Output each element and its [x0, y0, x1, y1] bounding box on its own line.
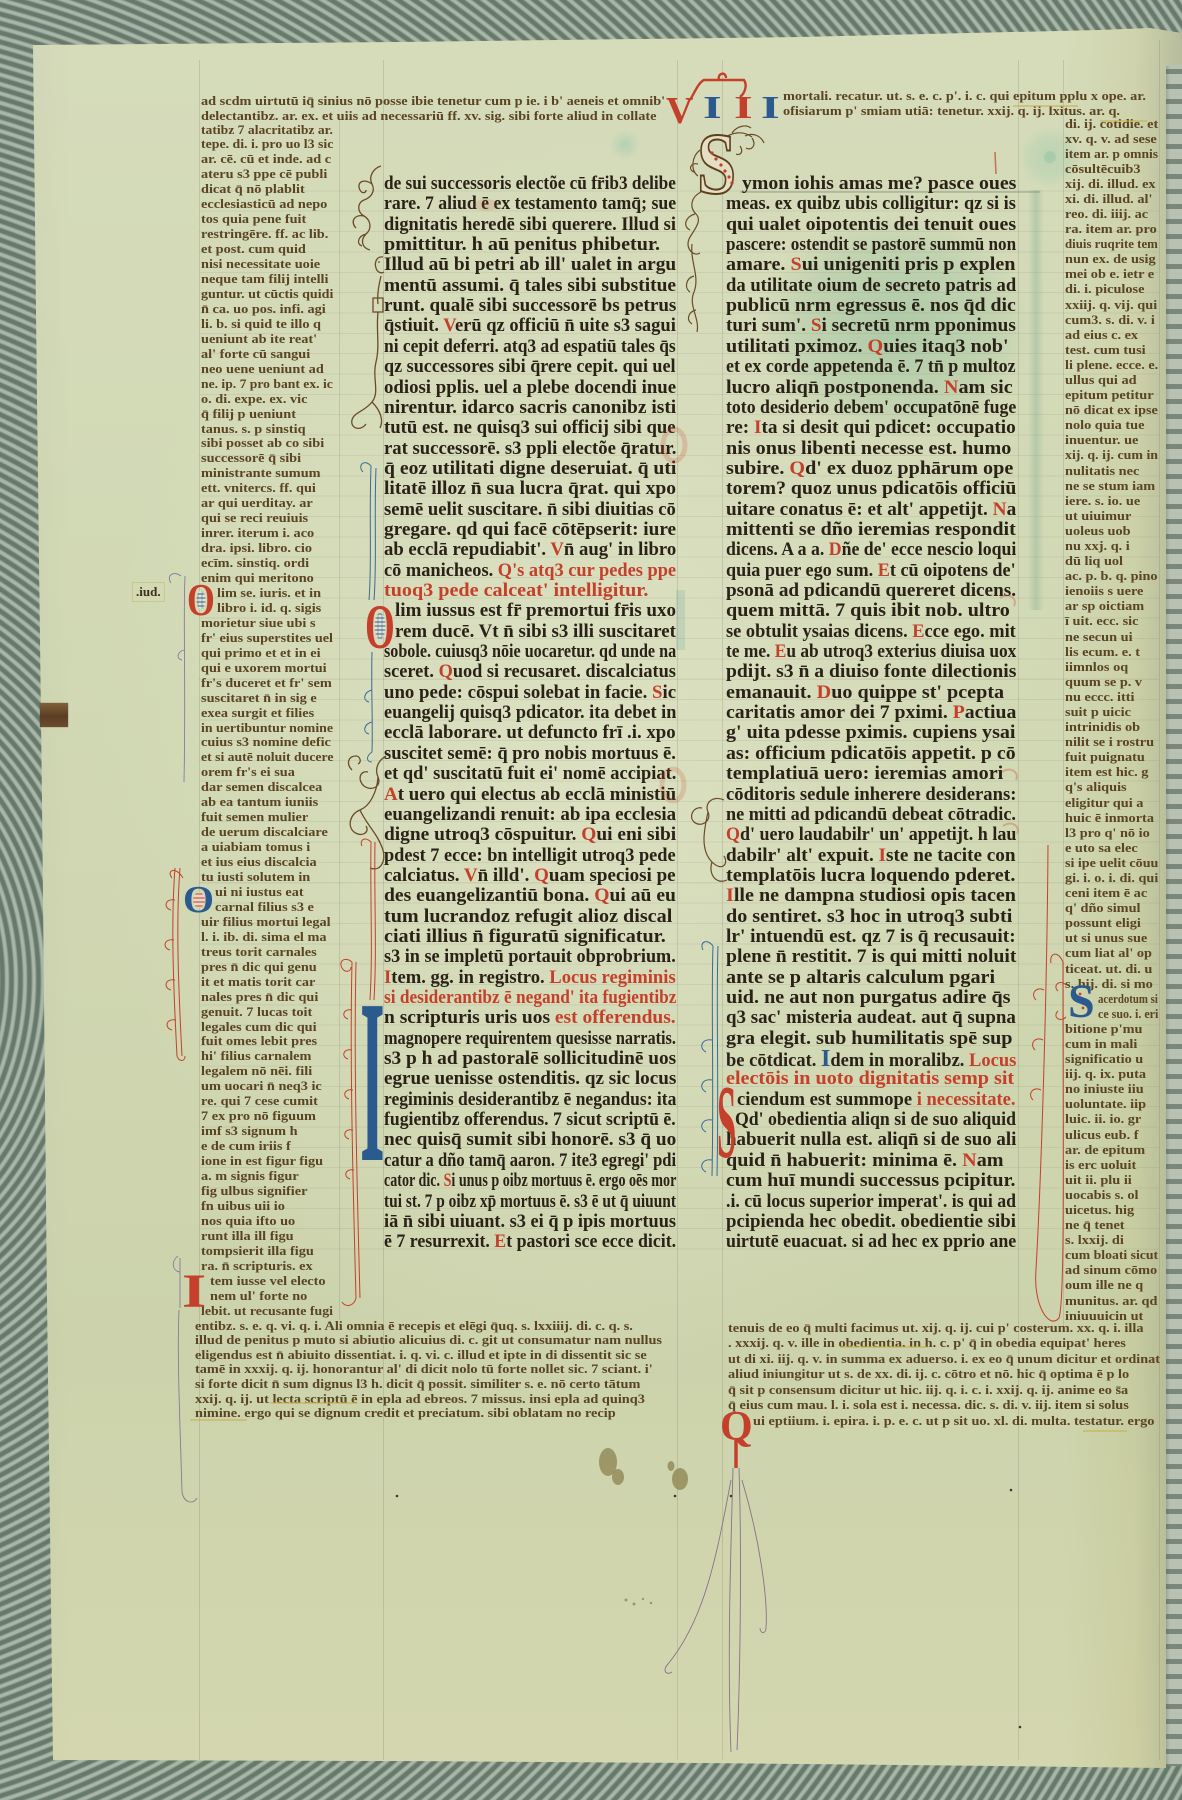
main-text-line: ciendum est summope i necessitate.	[726, 1090, 1016, 1110]
rubric-text: V	[443, 315, 455, 336]
text-segment: cum3. s. di. v. i	[1065, 312, 1155, 327]
main-text-line: quid n̄ habuerit: minima ē. Nam	[726, 1151, 1016, 1171]
text-segment: a uiabiam tomus i	[201, 839, 310, 854]
gloss-line: dra. ipsi. libro. cio	[201, 541, 333, 556]
text-segment: significatio u	[1065, 1051, 1143, 1066]
text-segment: mentū assumi. q̄ tales sibi substitue	[384, 275, 676, 296]
gloss-line: uir filius mortui legal	[201, 915, 333, 930]
text-segment: uno pede: cōspui solebat in facie.	[384, 682, 652, 703]
text-segment: .i. cū locus superior imperat'. is qui a…	[726, 1191, 1016, 1212]
text-segment: nos quia ifto uo	[201, 1213, 295, 1228]
text-segment: mei ob e. ietr e	[1065, 266, 1154, 281]
text-segment: . xxxij. q. v. ille in obedientia. in h.…	[728, 1335, 1126, 1350]
gloss-line: xij. q. ij. cum in	[1065, 447, 1158, 462]
text-segment: cō manicheos.	[384, 560, 498, 581]
text-segment: pdijt. s3 n̄ a diuiso fonte dilectionis	[726, 661, 1016, 682]
rubric-text: Q	[868, 336, 884, 357]
text-segment: uies itaq3 nob'	[883, 336, 1008, 357]
rubric-text: A	[384, 784, 398, 805]
text-segment: nulitatis nec	[1065, 463, 1139, 478]
main-text-line: pascere: ostendit se pastorē summū non	[726, 235, 1016, 255]
penwork-violet-flourish	[169, 574, 197, 1503]
gloss-line: ueniunt ab ite reat'	[201, 332, 333, 347]
text-segment: li. b. si quid te illo q	[201, 316, 321, 331]
text-segment: gregare. qd qui facē cōtēpserit: iure	[384, 519, 676, 540]
main-text-line: q̄ eoz utilitati digne deseruiat. q̄ uti	[384, 459, 676, 479]
gloss-line: nilit se i rostru	[1065, 734, 1158, 749]
text-segment: ñe de' ecce nescio loqui	[842, 539, 1017, 560]
gloss-line: de uerum discalciare	[201, 825, 333, 840]
main-text-line: uitare conatus ē: et alt' appetijt. Na	[726, 500, 1016, 520]
text-segment: q's aliquis	[1065, 779, 1127, 794]
text-segment: ne q̄ tenet	[1065, 1217, 1125, 1232]
main-text-line: litatē illoz n̄ sua lucra q̄rat. qui xpo	[384, 479, 676, 499]
rubric-text: Q	[726, 824, 740, 845]
gloss-line: ienoiis s uere	[1065, 583, 1158, 598]
manuscript-leaf: ad scdm uirtutū iq̄ sinius nō posse ibie…	[0, 0, 1182, 1800]
ruling-line	[339, 120, 340, 1320]
main-text-line: uno pede: cōspui solebat in facie. Sic	[384, 683, 676, 703]
text-segment: re:	[726, 417, 754, 438]
text-segment: ui unigeniti pris p explen	[802, 254, 1016, 275]
numeral-crown-flourish	[690, 74, 746, 100]
main-text-line: turi sum'. Si secretū nrm pponimus	[726, 316, 1016, 336]
text-segment: si ipe uelit cōuu	[1065, 855, 1158, 870]
main-text-line: dicens. A a a. Dñe de' ecce nescio loqui	[726, 540, 1016, 560]
text-segment: aliud iniungitur ut s. de xx. di. ij. c.…	[728, 1366, 1129, 1381]
text-segment: templatōis lucra loquendo pderet.	[726, 865, 1015, 886]
rubric-text: Q	[789, 458, 805, 479]
text-segment: ante se p altaris calculum pgari	[726, 967, 995, 988]
gloss-line: tos quia pene fuit	[201, 212, 333, 227]
text-segment: guntur. ut cūctis quidi	[201, 286, 333, 301]
text-segment: legalem nō nēi. fili	[201, 1063, 312, 1078]
main-text-line: iā n̄ sibi uiuant. s3 ei q̄ p ipis mortu…	[384, 1212, 676, 1232]
text-segment: gi. i. o. i. di. qui	[1065, 870, 1158, 885]
gloss-line: cuius s3 nomine defic	[201, 735, 333, 750]
gloss-line: legalem nō nēi. fili	[201, 1064, 333, 1079]
rubric-text: N	[962, 1150, 977, 1171]
text-segment: caritatis amor dei 7 pximi.	[726, 702, 953, 723]
text-segment: uo quippe st' pcepta	[831, 682, 1004, 703]
text-segment: ar. de epitum	[1065, 1142, 1145, 1157]
text-segment: restringēre. ff. ac lib.	[201, 226, 328, 241]
text-segment: successorē q̄ sibi	[201, 450, 301, 465]
gloss-line: uit ii. plu ii	[1065, 1172, 1158, 1187]
main-text-line: be cōtdicat. Idem in moralibz. Locus	[726, 1049, 1016, 1069]
gloss-line: s. hij. di. si mo	[1065, 976, 1158, 991]
ruling-line	[199, 60, 200, 1760]
text-segment: n̄ ca. uo pos. infi. agi	[201, 301, 326, 316]
rubric-text: E	[912, 621, 924, 642]
text-segment: cuius s3 nomine defic	[201, 734, 331, 749]
gloss-line: genuit. 7 lucas toit	[201, 1005, 333, 1020]
main-text-line: et qd' suscitatū fuit ei' nomē accipiat.	[384, 764, 676, 784]
text-segment: fuit puignatu	[1065, 749, 1145, 764]
rubric-text: N	[993, 499, 1007, 520]
gloss-line: li plene. ecce. e.	[1065, 357, 1158, 372]
gloss-line: ecclesiasticū ad nepo	[201, 197, 333, 212]
rubric-text: S	[444, 1170, 452, 1191]
text-segment: ar qui uerditay. ar	[201, 495, 313, 510]
text-segment: t pastori sce ecce dicit.	[506, 1231, 676, 1252]
text-segment: ne secun ui	[1065, 629, 1133, 644]
gloss-line: ad eius c. ex	[1065, 327, 1158, 342]
gloss-line: uoluntate. iip	[1065, 1096, 1158, 1111]
gloss-line: um uocari n̄ neq3 ic	[201, 1079, 333, 1094]
text-segment: inrer. iterum i. aco	[201, 525, 314, 540]
text-segment: nō dicat ex ipse	[1065, 402, 1158, 417]
pricking-marks	[396, 1489, 1022, 1729]
main-text-line: rem ducē. Vt n̄ sibi s3 illi suscitaret	[384, 622, 676, 642]
text-segment: actiua	[965, 702, 1017, 723]
gloss-line: iimnlos oq	[1065, 659, 1158, 674]
text-segment: magnopere requirentem quesisse narratis.	[384, 1028, 676, 1049]
gloss-line: dū liq uol	[1065, 553, 1158, 568]
text-segment: uicetus. hig	[1065, 1202, 1134, 1217]
text-segment: turi sum'.	[726, 315, 811, 336]
text-segment: i unus p oibz mortuus ē. ergo oēs mor	[451, 1170, 676, 1191]
text-segment: xxiij. q. vij. qui	[1065, 297, 1157, 312]
text-segment: calciatus.	[384, 865, 464, 886]
main-text-line: regiminis desiderantibz ē negandus: ita	[384, 1090, 676, 1110]
main-text-line: qz successores sibi q̄rere cepit. qui ue…	[384, 357, 676, 377]
text-segment: no iniuste iiu	[1065, 1081, 1144, 1096]
text-segment: q̄ eius cum mau. l. i. sola est i. neces…	[728, 1397, 1129, 1412]
main-text-line: pmittitur. h aū penitus phibetur.	[384, 235, 676, 255]
text-segment: ad eius c. ex	[1065, 327, 1138, 342]
text-segment: utilitati pximoz.	[726, 336, 868, 357]
gloss-line: nales pres n̄ dic qui	[201, 990, 333, 1005]
main-text-line: templatōis lucra loquendo pderet.	[726, 866, 1016, 886]
gloss-line: s. lxxij. di	[1065, 1232, 1158, 1247]
gloss-line: legales cum dic qui	[201, 1020, 333, 1035]
gloss-line: item ar. p omnis	[1065, 146, 1158, 161]
text-segment: egrue uenisse ostenditis. qz sic locus	[384, 1068, 676, 1089]
text-segment: di. ij. cotidie. et	[1065, 116, 1158, 131]
text-segment: iā n̄ sibi uiuant. s3 ei q̄ p ipis mortu…	[384, 1211, 676, 1232]
main-text-line: uid. ne aut non purgatus adire q̄s	[726, 988, 1016, 1008]
text-segment: uod si recusaret. discalciatus	[453, 661, 676, 682]
text-segment: qui ualet oipotentis dei tenuit oues	[726, 214, 1016, 235]
text-segment: dignitatis heredē sibi querere. Illud si	[384, 214, 676, 235]
text-segment: cum in mali	[1065, 1036, 1137, 1051]
text-segment: cce ego. mit	[925, 621, 1016, 642]
text-segment: am	[977, 1150, 1004, 1171]
text-segment: s. hij. di. si mo	[1065, 976, 1153, 991]
gloss-line: xxiij. q. vij. qui	[1065, 297, 1158, 312]
text-segment: entibz. s. e. q. vi. q. i. Ali omnia ē r…	[195, 1318, 633, 1333]
rubric-text: V	[550, 539, 564, 560]
main-text-line: uirtutē euacuat. si ad hec ex pprio ane	[726, 1232, 1016, 1252]
gloss-line: diuis ruqrite tem	[1065, 236, 1158, 251]
gloss-line: ar sp oictiam	[1065, 598, 1158, 613]
gloss-line: hi' filius carnalem	[201, 1049, 333, 1064]
gloss-line: ulicus eub. f	[1065, 1127, 1158, 1142]
text-segment: xij. q. ij. cum in	[1065, 447, 1158, 462]
gloss-line: it et matis torit car	[201, 975, 333, 990]
text-segment: ecclā laborare. ut defuncto frī .i. xpo	[384, 722, 676, 743]
main-text-line: magnopere requirentem quesisse narratis.	[384, 1029, 676, 1049]
text-segment: xxij. q. ij. ut lecta scriptū ē in epla …	[195, 1391, 645, 1406]
text-segment: neque tam filij intelli	[201, 271, 329, 286]
gloss-line: bitione p'mu	[1065, 1021, 1158, 1036]
main-text-line: g' uita pdesse pximis. cupiens ysai	[726, 723, 1016, 743]
initial-q-bottom-gloss: Q	[665, 1404, 766, 1752]
gloss-line: sibi posset ab co sibi	[201, 436, 333, 451]
text-segment: ui eptiium. i. epira. i. p. e. c. ut p s…	[753, 1413, 1154, 1428]
main-text-line: se obtulit ysaias dicens. Ecce ego. mit	[726, 622, 1016, 642]
gloss-line: carnal filius s3 e	[201, 900, 333, 915]
text-segment: tutū est. ne quisq3 sui officij sibi que	[384, 417, 676, 438]
text-segment: plene n̄ restitit. 7 is qui mitti noluit	[726, 946, 1016, 967]
main-text-line: cō manicheos. Q's atq3 cur pedes ppe	[384, 561, 676, 581]
text-segment: Illud aū bi petri ab ill' ualet in argu	[384, 254, 676, 275]
gloss-line: qui se reci reuiuis	[201, 511, 333, 526]
main-text-line: lr' intuendū est. qz 7 is q̄ recusauit:	[726, 927, 1016, 947]
main-text-line: egrue uenisse ostenditis. qz sic locus	[384, 1069, 676, 1089]
text-segment: pres n̄ dic qui genu	[201, 959, 317, 974]
text-segment: fn uibus uii io	[201, 1198, 285, 1213]
text-segment: delectantibz. ar. ex. et uiis ad necessa…	[201, 108, 656, 123]
gloss-line: et si autē noluit ducere	[201, 750, 333, 765]
text-segment: tatibz 7 alacritatibz ar.	[201, 122, 333, 137]
text-segment: n̄ illd'.	[478, 865, 535, 886]
gloss-line: et ius eius discalcia	[201, 855, 333, 870]
gloss-line: item est hic. g	[1065, 764, 1158, 779]
text-segment: lebit. ut recusante fugi	[201, 1303, 333, 1318]
text-segment: ulicus eub. f	[1065, 1127, 1139, 1142]
text-segment: ac. p. b. q. pino	[1065, 568, 1158, 583]
gloss-line: lis ecum. e. t	[1065, 644, 1158, 659]
main-text-line: s3 p h ad pastoralē sollicitudinē uos	[384, 1049, 676, 1069]
text-segment: ne. ip. 7 pro bant ex. ic	[201, 376, 333, 391]
main-text-line: runt. qualē sibi successorē bs petrus	[384, 296, 676, 316]
text-segment: ciati illius n̄ figuratū significatur.	[384, 926, 666, 947]
gloss-line: l3 pro q' nō io	[1065, 825, 1158, 840]
text-segment: nales pres n̄ dic qui	[201, 989, 318, 1004]
gloss-line: tem iusse vel electo	[201, 1274, 333, 1289]
gloss-line: ticeat. ut. di. u	[1065, 961, 1158, 976]
ruling-line	[1063, 60, 1064, 1330]
gloss-line: is erc uoluit	[1065, 1157, 1158, 1172]
main-text-line: et ex corde appetenda ē. 7 tn̄ p multoz	[726, 357, 1016, 377]
text-segment: ī uit. ecc. sic	[1065, 613, 1138, 628]
text-segment: nilit se i rostru	[1065, 734, 1154, 749]
text-segment: nun ex. de usig	[1065, 251, 1156, 266]
text-segment: luic. ii. io. gr	[1065, 1111, 1141, 1126]
text-segment: catur a dño tamq̄ aaron. 7 ite3 egregi' …	[384, 1150, 676, 1171]
main-text-line: caritatis amor dei 7 pximi. Pactiua	[726, 703, 1016, 723]
rubric-text: V	[464, 865, 478, 886]
text-segment: s3 p h ad pastoralē sollicitudinē uos	[384, 1048, 676, 1069]
margin-note: .iud.	[132, 582, 165, 602]
text-segment: as: officium pdicatōis appetit. p cō	[726, 743, 1016, 764]
text-segment: g' uita pdesse pximis. cupiens ysai	[726, 722, 1015, 743]
text-segment: tompsierit illa figu	[201, 1243, 314, 1258]
text-segment: ymon iohis amas me? pasce oues	[742, 173, 1016, 194]
text-segment: acerdotum si	[1098, 991, 1158, 1006]
text-segment: se obtulit ysaias dicens.	[726, 621, 912, 642]
gloss-line: ut uiuimur	[1065, 508, 1158, 523]
main-text-line: quem mittā. 7 quis ibit nob. ultro	[726, 601, 1016, 621]
gloss-line: cum3. s. di. v. i	[1065, 312, 1158, 327]
gloss-line: no iniuste iiu	[1065, 1081, 1158, 1096]
text-segment: cum huī mundi successus pcipitur.	[726, 1170, 1016, 1191]
numeral-letter-v: V	[666, 90, 694, 132]
main-text-line: si desiderantibz ē negand' ita fugientib…	[384, 988, 676, 1008]
main-text-line: lucro aliqn̄ postponenda. Nam sic	[726, 378, 1016, 398]
text-segment: qui primo et et in ei	[201, 645, 321, 660]
text-segment: ab ea tantum iuniis	[201, 794, 318, 809]
gloss-line: re. qui 7 cese cumit	[201, 1094, 333, 1109]
main-text-line: mentū assumi. q̄ tales sibi substitue	[384, 276, 676, 296]
gloss-line: li. b. si quid te illo q	[201, 317, 333, 332]
main-text-line: sobole. cuiusq3 nōie uocaretur. qd unde …	[384, 642, 676, 662]
text-segment: eligendus est n̄ abiuito dissentiat. i. …	[195, 1347, 647, 1362]
text-segment: ce suo. i. eri	[1098, 1006, 1158, 1021]
text-segment: rat successorē. s3 ppli electõe q̄ratur.	[384, 438, 676, 459]
text-segment: ecīm. sinstiq. ordi	[201, 555, 309, 570]
text-segment: torem? quoz unus pdicatōis officiū	[726, 478, 1016, 499]
main-text-line: de sui successoris electõe cū fr̄ib3 del…	[384, 174, 676, 194]
text-segment: sibi posset ab co sibi	[201, 435, 324, 450]
text-segment: e uto sa elec	[1065, 840, 1138, 855]
main-text-line: euangelij quisq3 pdicator. ita debet in	[384, 703, 676, 723]
text-segment: am sic	[958, 377, 1012, 398]
gloss-line: acerdotum si	[1065, 991, 1158, 1006]
gloss-line: . xxxij. q. v. ille in obedientia. in h.…	[728, 1335, 1160, 1351]
main-text-line: calciatus. Vn̄ illd'. Quam speciosi pe	[384, 866, 676, 886]
text-segment: cōsultēcuib3	[1065, 161, 1140, 176]
text-segment: oum ille ne q	[1065, 1277, 1143, 1292]
text-segment: ar sp oictiam	[1065, 598, 1144, 613]
rubric-text: Q	[594, 885, 609, 906]
text-segment: amare.	[726, 254, 791, 275]
gloss-line: nem ul' forte no	[201, 1289, 333, 1304]
text-segment: reo. di. iiij. ac	[1065, 206, 1148, 221]
text-segment: pascere: ostendit se pastorē summū non	[726, 234, 1016, 255]
text-segment: euangelij quisq3 pdicator. ita debet in	[384, 702, 676, 723]
gloss-line: inuentur. ue	[1065, 432, 1158, 447]
text-segment: it et matis torit car	[201, 974, 315, 989]
gloss-line: fr' eius superstites uel	[201, 631, 333, 646]
text-segment: lucro aliqn̄ postponenda.	[726, 377, 944, 398]
text-segment: emanauit.	[726, 682, 817, 703]
main-text-line: psonā ad pdicandū quereret dicens.	[726, 581, 1016, 601]
gloss-line: si ipe uelit cōuu	[1065, 855, 1158, 870]
rubric-text: Q	[534, 865, 549, 886]
text-segment: ueniunt ab ite reat'	[201, 331, 317, 346]
gloss-line: orem fr's ei sua	[201, 765, 333, 780]
text-segment: illud de penitus p muto si abiutio alicu…	[195, 1332, 662, 1347]
text-segment: tum lucrandoz refugit alioz discal	[384, 906, 672, 927]
main-text-line: sceret. Quod si recusaret. discalciatus	[384, 662, 676, 682]
main-text-line: ante se p altaris calculum pgari	[726, 968, 1016, 988]
main-text-line: ne mitti ad pdicandū debeat cōtradic.	[726, 805, 1016, 825]
text-segment: mittenti se dño ieremias respondit	[726, 519, 1016, 540]
gloss-line: restringēre. ff. ac lib.	[201, 227, 333, 242]
main-text-line: toto desiderio debem' occupatōnē fuge	[726, 398, 1016, 418]
main-text-line: nec quisq̄ sumit sibi honorē. s3 q̄ uo	[384, 1130, 676, 1150]
text-segment: ste ne tacite con	[886, 845, 1016, 866]
rubric-text: E	[775, 641, 787, 662]
gloss-line: tompsierit illa figu	[201, 1244, 333, 1259]
main-text-line: Item. gg. in registro. Locus regiminis	[384, 968, 676, 988]
main-text-line: rat successorē. s3 ppli electõe q̄ratur.	[384, 439, 676, 459]
text-segment: al' forte cū sangui	[201, 346, 310, 361]
gloss-line: ett. vnitercs. ff. qui	[201, 481, 333, 496]
text-segment: tamē in xxxij. q. ij. honorantur al' di …	[195, 1361, 653, 1376]
gloss-line: di. i. piculose	[1065, 281, 1158, 296]
text-segment: et qd' suscitatū fuit ei' nomē accipiat.	[384, 763, 676, 784]
text-segment: de sui successoris electõe cū fr̄ib3 del…	[384, 173, 676, 194]
gloss-line: iij. q. ix. puta	[1065, 1066, 1158, 1081]
gloss-line: q̄ eius cum mau. l. i. sola est i. neces…	[728, 1397, 1160, 1413]
main-text-line: gra elegit. sub humilitatis spē sup	[726, 1029, 1016, 1049]
text-segment: ra. n̄ scripturis. ex	[201, 1258, 313, 1273]
rubric-text: E	[878, 560, 890, 581]
text-segment: libro i. id. q. sigis	[217, 600, 321, 615]
text-segment: rare. 7 aliud ē ex testamento tamq̄; sue	[384, 193, 676, 214]
text-segment: neo uene ueniunt ad	[201, 361, 324, 376]
text-segment: semē uelit suscitare. n̄ sibi diuitias c…	[384, 499, 676, 520]
text-segment: qui e uxorem mortui	[201, 660, 327, 675]
gloss-line: nō dicat ex ipse	[1065, 402, 1158, 417]
text-segment: erū qz officiū n̄ uite s3 sagui	[455, 315, 676, 336]
gloss-line: qui primo et et in ei	[201, 646, 333, 661]
main-text-line: fugientibz offerendus. 7 sicut scriptū ē…	[384, 1110, 676, 1130]
main-text-line: n scripturis uris uos est offerendus.	[384, 1008, 676, 1028]
main-text-line: as: officium pdicatōis appetit. p cō	[726, 744, 1016, 764]
main-text-line: tui st. 7 p oibz xp̄ mortuus ē. s3 ē ut …	[384, 1192, 676, 1212]
main-text-line: lim iussus est fr̄ premortui fr̄is uxo	[384, 601, 676, 621]
gloss-line: exea surgit et filies	[201, 706, 333, 721]
main-text-line: gregare. qd qui facē cōtēpserit: iure	[384, 520, 676, 540]
gloss-line: ar. cē. cū et inde. ad c	[201, 152, 333, 167]
text-segment: iimnlos oq	[1065, 659, 1128, 674]
gloss-line: dar semen discalcea	[201, 780, 333, 795]
text-segment: nu eccc. itti	[1065, 689, 1134, 704]
main-text-line: Illud aū bi petri ab ill' ualet in argu	[384, 255, 676, 275]
gloss-line: tatibz 7 alacritatibz ar.	[201, 123, 333, 138]
text-segment: ceni item ē ac	[1065, 885, 1147, 900]
rubric-text: S	[652, 682, 662, 703]
text-segment: exea surgit et filies	[201, 705, 314, 720]
gloss-line: ne. ip. 7 pro bant ex. ic	[201, 377, 333, 392]
text-segment: nem ul' forte no	[210, 1288, 307, 1303]
text-segment: ta si desit qui pdicet: occupatio	[762, 417, 1016, 438]
text-segment: qui se reci reuiuis	[201, 510, 308, 525]
text-segment: ra. item ar. pro	[1065, 221, 1157, 236]
rubric-text: i necessitate.	[917, 1089, 1016, 1110]
main-text-line: pdest 7 ecce: bn intelligit utroq3 pede	[384, 846, 676, 866]
text-segment: munitus. ar. qd	[1065, 1293, 1157, 1308]
gloss-line: morietur siue ubi s	[201, 616, 333, 631]
text-segment: lr' intuendū est. qz 7 is q̄ recusauit:	[726, 926, 1016, 947]
gloss-line: qui e uxorem mortui	[201, 661, 333, 676]
text-segment: ni cepit deferri. atq3 ad espatiū tales …	[384, 336, 676, 357]
text-segment: tem iusse vel electo	[210, 1273, 326, 1288]
text-segment: ad sinum cōmo	[1065, 1262, 1157, 1277]
main-text-line: cum huī mundi successus pcipitur.	[726, 1171, 1016, 1191]
text-segment: tui st. 7 p oibz xp̄ mortuus ē. s3 ē ut …	[384, 1191, 676, 1212]
gloss-line: guntur. ut cūctis quidi	[201, 287, 333, 302]
gloss-line: lebit. ut recusante fugi	[201, 1304, 333, 1319]
numeral-letter-i: I	[761, 90, 780, 125]
gloss-line: q's aliquis	[1065, 779, 1158, 794]
text-segment: uitare conatus ē: et alt' appetijt.	[726, 499, 993, 520]
